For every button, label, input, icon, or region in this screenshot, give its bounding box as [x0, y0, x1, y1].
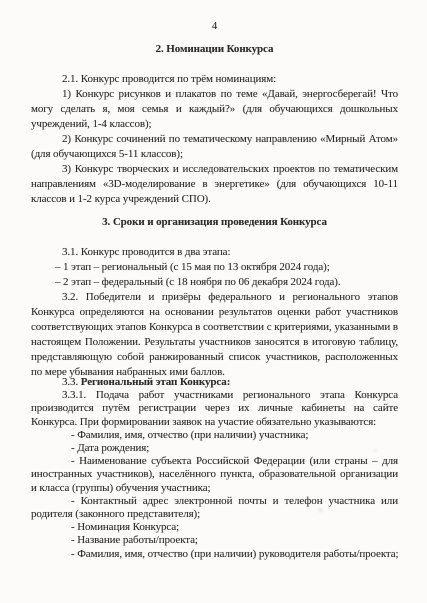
- text-run: - Фамилия, имя, отчество (при наличии) р…: [71, 548, 399, 560]
- text-run: - Номинация Конкурса;: [71, 521, 179, 533]
- bold-text-run: 2. Номинации Конкурса: [156, 43, 274, 55]
- section-3-heading: 3. Сроки и организация проведения Конкур…: [31, 215, 398, 230]
- text-run: 2.1. Конкурс проводится по трём номинаци…: [62, 73, 276, 85]
- para-3-2: 3.2. Победители и призёры федерального и…: [31, 290, 398, 380]
- application-field-7: - Фамилия, имя, отчество (при наличии) р…: [31, 548, 398, 561]
- text-run: 3.3.: [62, 376, 81, 388]
- scan-speck: [318, 508, 323, 512]
- para-2-1: 2.1. Конкурс проводится по трём номинаци…: [31, 72, 398, 87]
- application-field-3: - Наименование субъекта Российской Федер…: [31, 455, 398, 495]
- application-field-2: - Дата рождения;: [31, 442, 398, 455]
- para-3-3: 3.3. Региональный этап Конкурса:: [31, 376, 398, 389]
- scan-speck: [373, 449, 377, 452]
- text-run: 2) Конкурс сочинений по тематическому на…: [31, 133, 398, 160]
- bold-text-run: 3. Сроки и организация проведения Конкур…: [102, 216, 327, 228]
- para-3-3-1: 3.3.1. Подача работ участниками регионал…: [31, 389, 398, 429]
- application-field-5: - Номинация Конкурса;: [31, 521, 398, 534]
- text-run: - Дата рождения;: [71, 442, 149, 454]
- text-run: 3) Конкурс творческих и исследовательски…: [31, 163, 398, 205]
- application-field-1: - Фамилия, имя, отчество (при наличии) у…: [31, 429, 398, 442]
- bold-text-run: Региональный этап Конкурса:: [81, 376, 231, 388]
- text-run: 4: [212, 20, 217, 32]
- stage-item-2: – 2 этап – федеральный (с 18 ноября по 0…: [31, 275, 398, 290]
- para-3-1: 3.1. Конкурс проводится в два этапа:: [31, 245, 398, 260]
- page-number: 4: [31, 19, 398, 34]
- stage-item-1: – 1 этап – региональный (с 15 мая по 13 …: [31, 260, 398, 275]
- nomination-item-2: 2) Конкурс сочинений по тематическому на…: [31, 132, 398, 162]
- section-2-heading: 2. Номинации Конкурса: [31, 42, 398, 57]
- text-run: 3.3.1. Подача работ участниками регионал…: [31, 389, 398, 427]
- nomination-item-3: 3) Конкурс творческих и исследовательски…: [31, 162, 398, 207]
- text-run: 3.1. Конкурс проводится в два этапа:: [62, 246, 230, 258]
- document-page: 42. Номинации Конкурса2.1. Конкурс прово…: [0, 0, 427, 603]
- text-run: - Наименование субъекта Российской Федер…: [31, 455, 398, 493]
- text-run: – 2 этап – федеральный (с 18 ноября по 0…: [55, 276, 341, 288]
- text-run: - Название работы/проекта;: [71, 534, 198, 546]
- text-run: 3.2. Победители и призёры федерального и…: [31, 291, 398, 378]
- text-run: - Фамилия, имя, отчество (при наличии) у…: [71, 429, 308, 441]
- application-field-6: - Название работы/проекта;: [31, 534, 398, 547]
- text-run: 1) Конкурс рисунков и плакатов по теме «…: [31, 88, 398, 130]
- text-run: – 1 этап – региональный (с 15 мая по 13 …: [55, 261, 330, 273]
- application-field-4: - Контактный адрес электронной почты и т…: [31, 495, 398, 521]
- document-content: 42. Номинации Конкурса2.1. Конкурс прово…: [31, 19, 398, 561]
- nomination-item-1: 1) Конкурс рисунков и плакатов по теме «…: [31, 87, 398, 132]
- text-run: - Контактный адрес электронной почты и т…: [31, 495, 398, 520]
